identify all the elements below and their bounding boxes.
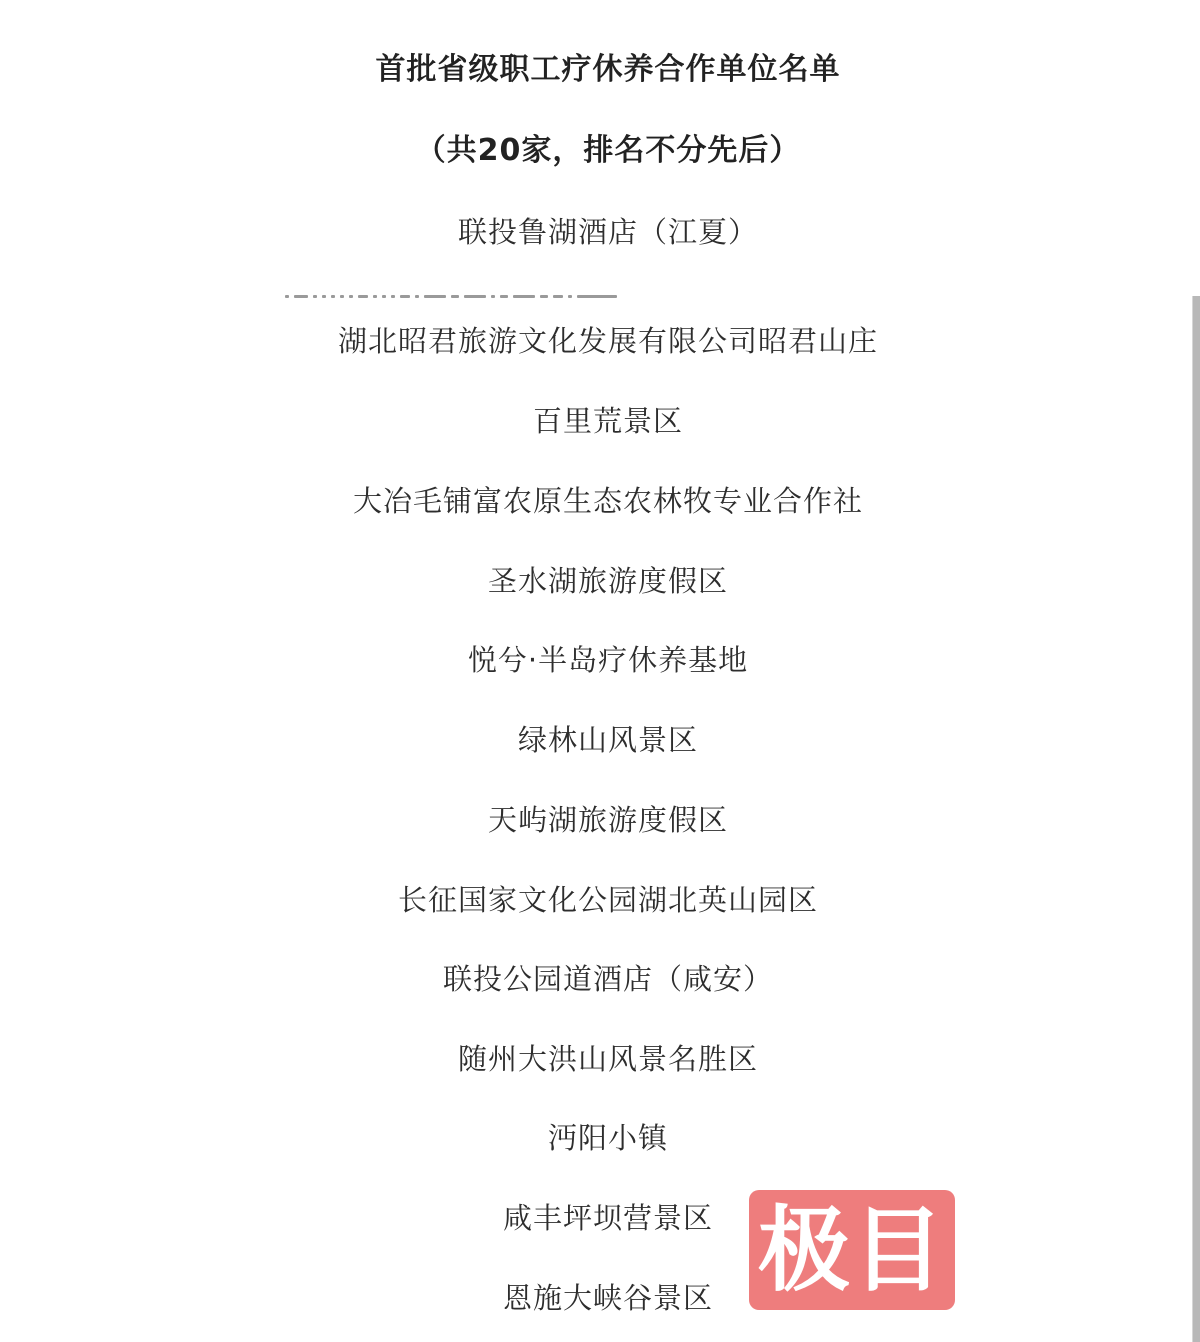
list-item: 百里荒景区 (0, 401, 1200, 441)
list-item: 沔阳小镇 (0, 1118, 1200, 1158)
list-item: 天屿湖旅游度假区 (0, 800, 1200, 840)
list-item: 随州大洪山风景名胜区 (0, 1039, 1200, 1079)
list-item: 湖北昭君旅游文化发展有限公司昭君山庄 (0, 321, 1200, 361)
list-item: 联投鲁湖酒店（江夏） (0, 212, 1200, 252)
list-item: 咸丰坪坝营景区 (0, 1198, 1200, 1238)
list-item: 悦兮·半岛疗休养基地 (0, 640, 1200, 680)
vertical-scrollbar[interactable] (1192, 296, 1200, 1342)
list-item: 大冶毛铺富农原生态农林牧专业合作社 (0, 481, 1200, 521)
list-item: 长征国家文化公园湖北英山园区 (0, 880, 1200, 920)
document-title: 首批省级职工疗休养合作单位名单 (0, 50, 1200, 90)
clipped-text-line (285, 293, 930, 301)
list-item: 联投公园道酒店（咸安） (0, 959, 1200, 999)
document-subtitle: （共20家，排名不分先后） (0, 131, 1200, 171)
list-item: 圣水湖旅游度假区 (0, 561, 1200, 601)
list-item: 恩施大峡谷景区 (0, 1278, 1200, 1318)
list-item: 绿林山风景区 (0, 720, 1200, 760)
jimu-watermark-logo: 极目 (749, 1190, 955, 1310)
document: 首批省级职工疗休养合作单位名单 （共20家，排名不分先后） 联投鲁湖酒店（江夏）… (0, 0, 1200, 1342)
